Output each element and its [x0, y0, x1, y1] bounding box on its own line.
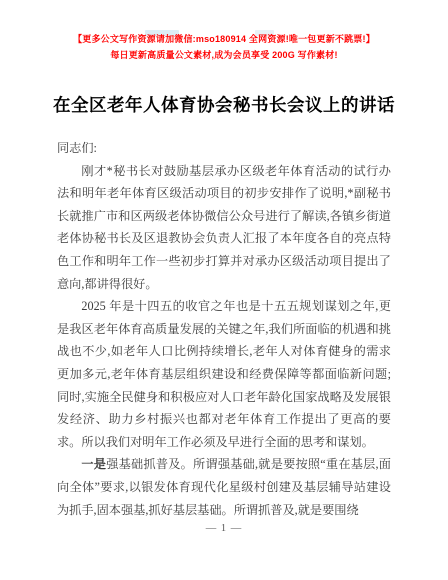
- page-number: — 1 —: [0, 523, 448, 534]
- paragraph: 2025 年是十四五的收官之年也是十五五规划谋划之年,更是我区老年体育高质量发展…: [57, 295, 391, 453]
- document-body: 同志们: 刚才*秘书长对鼓励基层承办区级老年体育活动的试行办法和明年老年体育区级…: [57, 137, 391, 521]
- promo-banner: 【更多公文写作资源请加微信:mso180914 全网资源!唯一包更新不跳票!】 …: [0, 31, 448, 63]
- paragraph: 刚才*秘书长对鼓励基层承办区级老年体育活动的试行办法和明年老年体育区级活动项目的…: [57, 160, 391, 296]
- promo-line-2: 每日更新高质量公文素材,成为会员享受 200G 写作素材!: [0, 47, 448, 63]
- document-title: 在全区老年人体育协会秘书长会议上的讲话: [0, 92, 448, 117]
- document-page: 【更多公文写作资源请加微信:mso180914 全网资源!唯一包更新不跳票!】 …: [0, 0, 448, 580]
- paragraph-salutation: 同志们:: [57, 137, 391, 160]
- paragraph-lead: 一是: [81, 457, 106, 471]
- promo-line-1: 【更多公文写作资源请加微信:mso180914 全网资源!唯一包更新不跳票!】: [0, 31, 448, 47]
- paragraph-text: 强基础抓普及。所谓强基础,就是要按照“重在基层,面向全体”要求,以银发体育现代化…: [57, 457, 391, 516]
- paragraph: 一是强基础抓普及。所谓强基础,就是要按照“重在基层,面向全体”要求,以银发体育现…: [57, 453, 391, 521]
